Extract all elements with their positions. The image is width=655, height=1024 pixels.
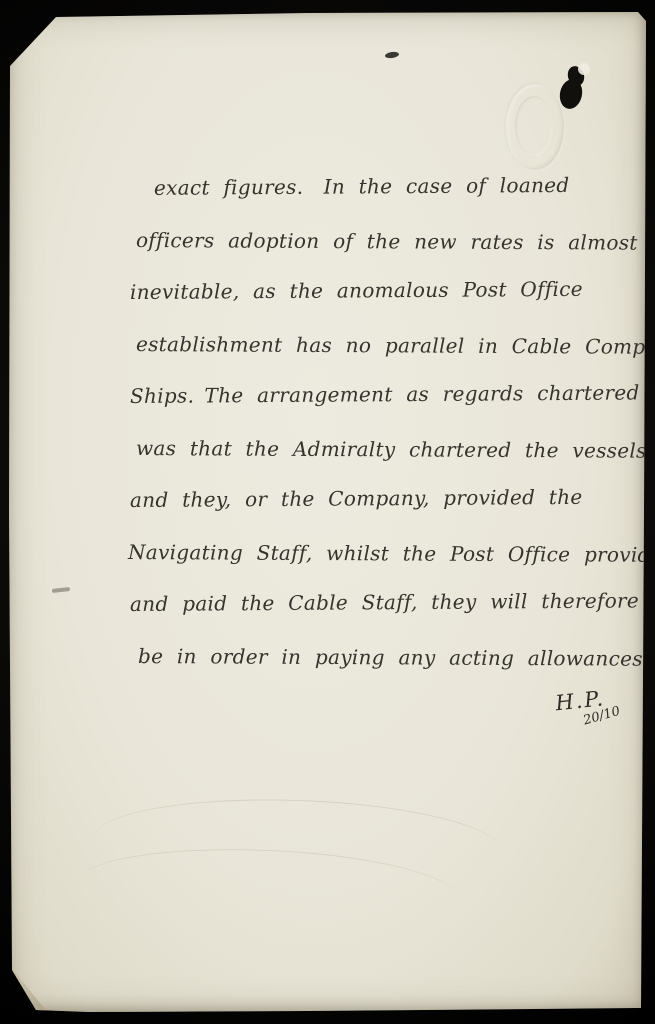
manuscript-line: officers adoption of the new rates is al… (136, 214, 646, 269)
document-page: exact figures. In the case of loaned off… (8, 12, 647, 1013)
manuscript-line: Ships. The arrangement as regards charte… (130, 366, 640, 422)
folded-corner (13, 960, 47, 1012)
ink-blot (557, 62, 591, 114)
ink-smudge (52, 587, 70, 593)
scan-background: exact figures. In the case of loaned off… (0, 0, 655, 1024)
manuscript-line: inevitable, as the anomalous Post Office (130, 262, 640, 318)
manuscript-line: be in order in paying any acting allowan… (136, 630, 646, 685)
manuscript-text: exact figures. In the case of loaned off… (130, 162, 640, 682)
embossed-seal (506, 84, 564, 170)
manuscript-line: Navigating Staff, whilst the Post Office… (128, 526, 646, 581)
manuscript-line: was that the Admiralty chartered the ves… (136, 422, 646, 477)
signature: H.P. 20/10 (554, 685, 621, 728)
manuscript-line: establishment has no parallel in Cable C… (136, 318, 646, 373)
manuscript-line: and paid the Cable Staff, they will ther… (130, 574, 640, 630)
manuscript-line: and they, or the Company, provided the (130, 470, 640, 526)
manuscript-line: exact figures. In the case of loaned (130, 158, 640, 214)
edge-speck (385, 51, 400, 59)
